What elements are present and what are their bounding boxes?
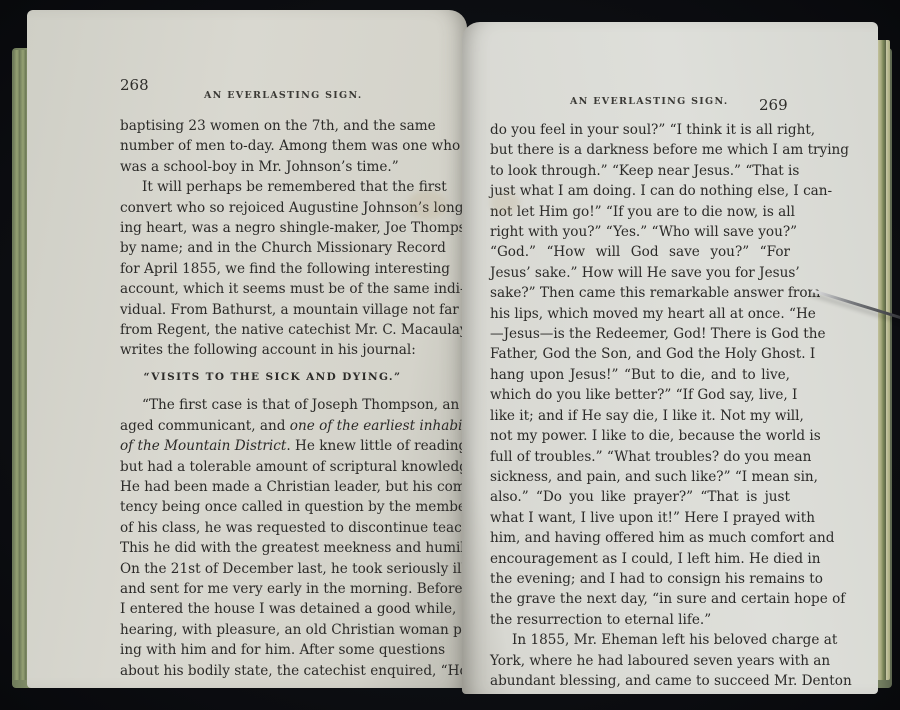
text-line-mixed: aged communicant, and one of the earlies… xyxy=(120,416,425,436)
paragraph-start-line: In 1855, Mr. Eheman left his beloved cha… xyxy=(490,630,790,650)
italic-run: of the Mountain District xyxy=(120,438,286,454)
text-line: his lips, which moved my heart all at on… xyxy=(490,304,790,324)
text-line: of his class, he was requested to discon… xyxy=(120,518,425,538)
text-line: was a school-boy in Mr. Johnson’s time.” xyxy=(120,157,425,177)
text-line: full of troubles.” “What troubles? do yo… xyxy=(490,447,790,467)
text-line: convert who so rejoiced Augustine Johnso… xyxy=(120,198,425,218)
text-line: hang upon Jesus!” “But to die, and to li… xyxy=(490,365,790,385)
text-line: ing with him and for him. After some que… xyxy=(120,640,425,660)
text-line: I entered the house I was detained a goo… xyxy=(120,599,425,619)
paper-stain xyxy=(490,192,520,214)
text-line: ing heart, was a negro shingle-maker, Jo… xyxy=(120,218,425,238)
right-page: AN EVERLASTING SIGN. 269 do you feel in … xyxy=(462,22,878,694)
text-line: baptising 23 women on the 7th, and the s… xyxy=(120,116,425,136)
text-line: hearing, with pleasure, an old Christian… xyxy=(120,620,425,640)
right-page-number: 269 xyxy=(759,96,788,114)
text-line: which do you like better?” “If God say, … xyxy=(490,385,790,405)
text-line: the grave the next day, “in sure and cer… xyxy=(490,589,790,609)
book-photo: 268 AN EVERLASTING SIGN. baptising 23 wo… xyxy=(0,0,900,710)
text-line: tency being once called in question by t… xyxy=(120,497,425,517)
text-line: do you feel in your soul?” “I think it i… xyxy=(490,120,790,140)
paragraph-start-line: “The first case is that of Joseph Thomps… xyxy=(120,395,425,415)
text-line: right with you?” “Yes.” “Who will save y… xyxy=(490,222,790,242)
text-line: This he did with the greatest meekness a… xyxy=(120,538,425,558)
text-line: for April 1855, we find the following in… xyxy=(120,259,425,279)
text-line: also.” “Do you like prayer?” “That is ju… xyxy=(490,487,790,507)
text-line: encouragement as I could, I left him. He… xyxy=(490,549,790,569)
text-line: the resurrection to eternal life.” xyxy=(490,610,790,630)
text-line: him, and having offered him as much comf… xyxy=(490,528,790,548)
text-line: York, where he had laboured seven years … xyxy=(490,651,790,671)
text-line: vidual. From Bathurst, a mountain villag… xyxy=(120,300,425,320)
text-line: not my power. I like to die, because the… xyxy=(490,426,790,446)
text-line: from Regent, the native catechist Mr. C.… xyxy=(120,320,425,340)
section-heading: “VISITS TO THE SICK AND DYING.” xyxy=(120,367,425,387)
text-line: the evening; and I had to consign his re… xyxy=(490,569,790,589)
text-line: but had a tolerable amount of scriptural… xyxy=(120,457,425,477)
text-line: to look through.” “Keep near Jesus.” “Th… xyxy=(490,161,790,181)
left-page-body: baptising 23 women on the 7th, and the s… xyxy=(120,116,425,681)
text-line: but there is a darkness before me which … xyxy=(490,140,790,160)
text-line-mixed: of the Mountain District. He knew little… xyxy=(120,436,425,456)
text-line: just what I am doing. I can do nothing e… xyxy=(490,181,790,201)
text-line: not let Him go!” “If you are to die now,… xyxy=(490,202,790,222)
text-line: He had been made a Christian leader, but… xyxy=(120,477,425,497)
text-line: by name; and in the Church Missionary Re… xyxy=(120,238,425,258)
text-line: and sent for me very early in the mornin… xyxy=(120,579,425,599)
paragraph-start-line: It will perhaps be remembered that the f… xyxy=(120,177,425,197)
text-line: Jesus’ sake.” How will He save you for J… xyxy=(490,263,790,283)
text-line: abundant blessing, and came to succeed M… xyxy=(490,671,790,691)
text-line: Father, God the Son, and God the Holy Gh… xyxy=(490,344,790,364)
text-run: aged communicant, and xyxy=(120,418,290,434)
text-line: sake?” Then came this remarkable answer … xyxy=(490,283,790,303)
text-run: . He knew little of reading, xyxy=(286,438,471,454)
left-running-head: AN EVERLASTING SIGN. xyxy=(204,90,362,101)
text-line: like it; and if He say die, I like it. N… xyxy=(490,406,790,426)
text-line: about his bodily state, the catechist en… xyxy=(120,661,425,681)
right-running-head: AN EVERLASTING SIGN. xyxy=(570,96,728,107)
paper-stain xyxy=(407,190,447,220)
left-page: 268 AN EVERLASTING SIGN. baptising 23 wo… xyxy=(27,10,467,688)
text-line: “God.” “How will God save you?” “For xyxy=(490,242,790,262)
text-line: —Jesus—is the Redeemer, God! There is Go… xyxy=(490,324,790,344)
text-line: writes the following account in his jour… xyxy=(120,340,425,360)
text-line: On the 21st of December last, he took se… xyxy=(120,559,425,579)
right-page-body: do you feel in your soul?” “I think it i… xyxy=(490,120,790,691)
text-line: sickness, and pain, and such like?” “I m… xyxy=(490,467,790,487)
left-page-number: 268 xyxy=(120,76,149,94)
text-line: number of men to-day. Among them was one… xyxy=(120,136,425,156)
text-line: what I want, I live upon it!” Here I pra… xyxy=(490,508,790,528)
text-line: account, which it seems must be of the s… xyxy=(120,279,425,299)
